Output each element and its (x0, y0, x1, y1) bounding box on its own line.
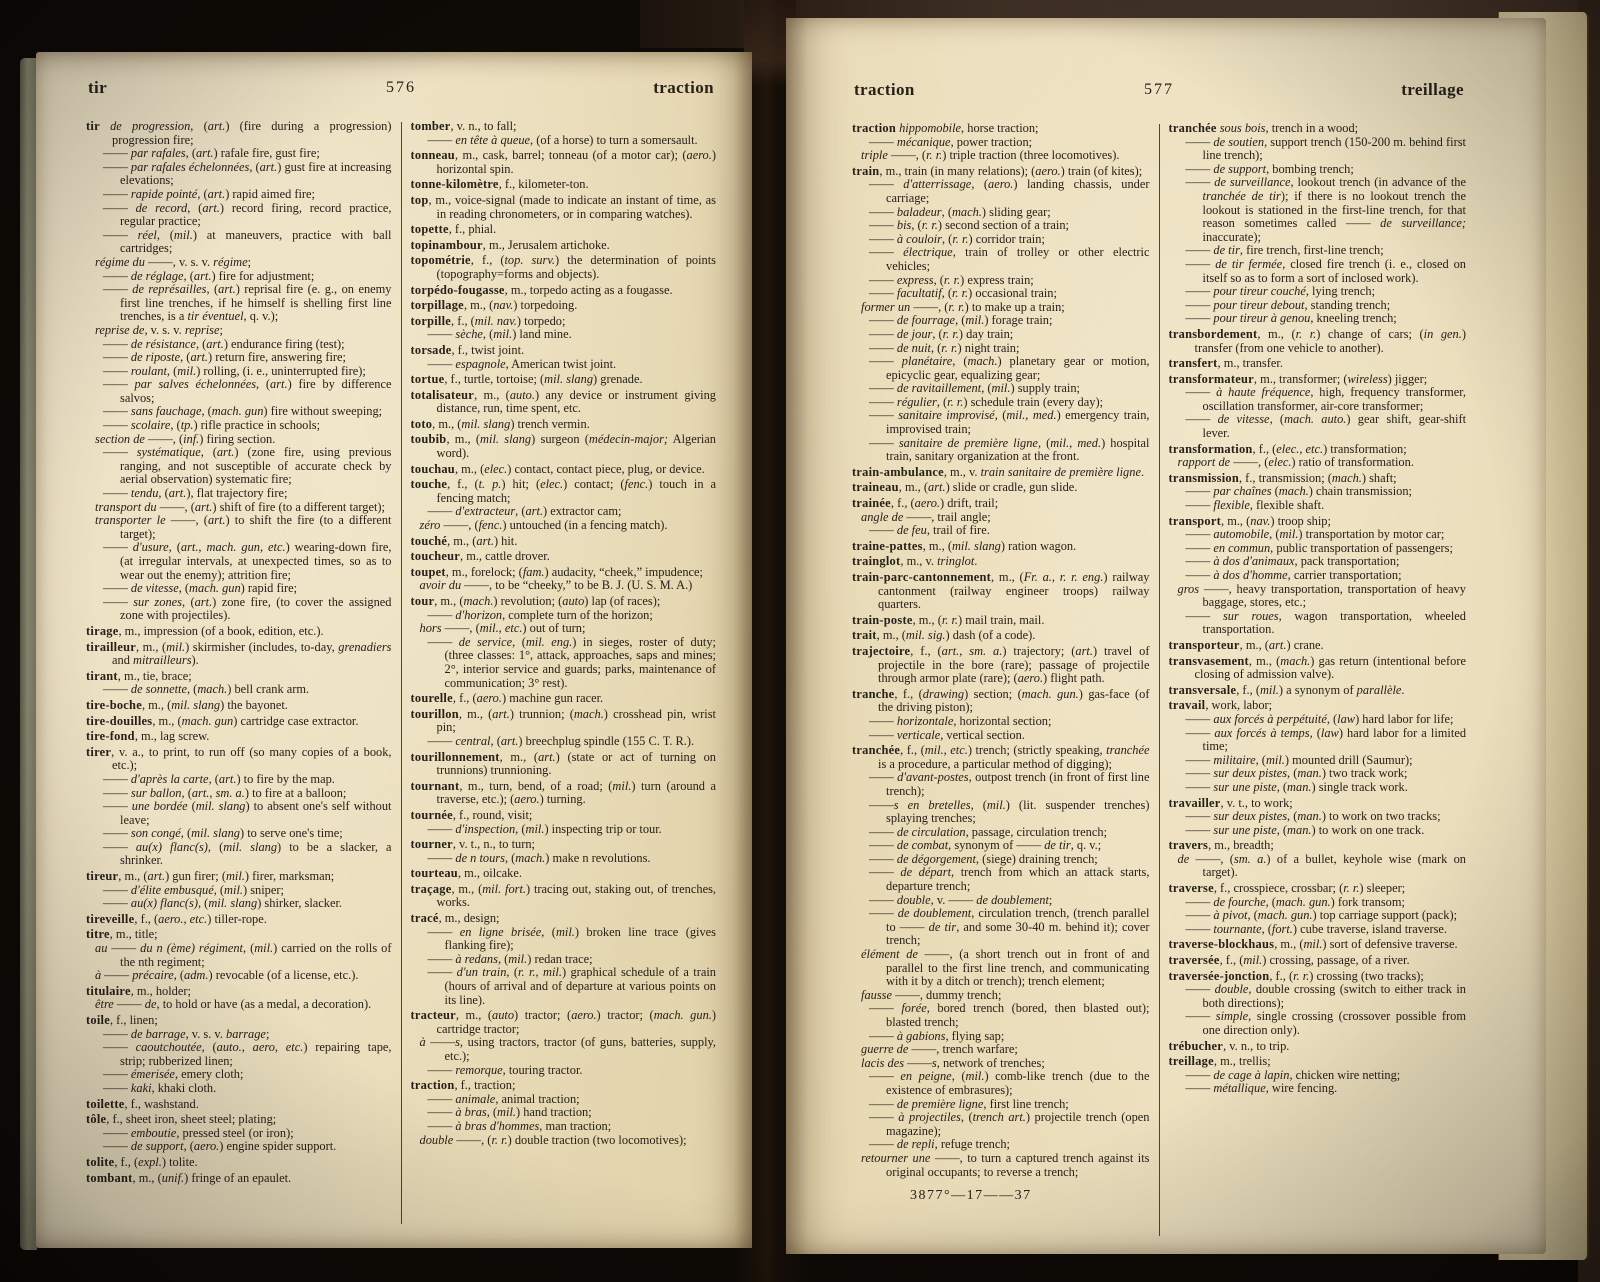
text-column: tranchée sous bois, trench in a wood;—— … (1169, 122, 1467, 1242)
dictionary-entry: torpille, f., (mil. nav.) torpedo; (411, 315, 717, 329)
dictionary-entry: —— à bras, (mil.) hand traction; (411, 1106, 717, 1120)
french-term: aero. (1018, 671, 1043, 685)
dictionary-entry: —— de sonnette, (mach.) bell crank arm. (86, 683, 392, 697)
dictionary-entry: —— horizontale, horizontal section; (852, 715, 1150, 729)
french-term: mach. gun. (1258, 908, 1313, 922)
french-term: tringlot (937, 554, 974, 568)
headword: toto (411, 417, 433, 431)
french-term: mil. (1279, 527, 1298, 541)
dictionary-entry: double ——, (r. r.) double traction (two … (411, 1134, 717, 1148)
french-term: mil. eng. (526, 635, 572, 649)
french-term: mil. (174, 228, 193, 242)
dictionary-entry: avoir du ——, to be “cheeky,” to be B. J.… (411, 579, 717, 593)
french-term: réel (138, 228, 157, 242)
french-term: mil. (1260, 683, 1279, 697)
dictionary-entry: —— de barrage, v. s. v. barrage; (86, 1028, 392, 1042)
french-term: de départ (900, 865, 951, 879)
headword: tour (411, 594, 435, 608)
dictionary-entry: transport, m., (nav.) troop ship; (1169, 515, 1467, 529)
french-term: militaire (1213, 753, 1255, 767)
dictionary-entry: —— d'horizon, complete turn of the horiz… (411, 609, 717, 623)
french-term: régulier (897, 395, 937, 409)
headword: top (411, 193, 429, 207)
headword: travailler (1169, 796, 1221, 810)
french-term: à bras d'hommes (455, 1119, 539, 1133)
dictionary-entry: traction, f., traction; (411, 1079, 717, 1093)
french-term: mil. nav. (475, 314, 517, 328)
french-term: de record (136, 201, 188, 215)
french-term: aero. (687, 148, 712, 162)
dictionary-entry: tirage, m., impression (of a book, editi… (86, 625, 392, 639)
dictionary-entry: —— rapide pointé, (art.) rapid aimed fir… (86, 188, 392, 202)
dictionary-entry: —— de réglage, (art.) fire for adjustmen… (86, 270, 392, 284)
french-term: r. r. (491, 1133, 507, 1147)
french-term: caoutchoutée (136, 1040, 202, 1054)
dictionary-entry: toilette, f., washstand. (86, 1098, 392, 1112)
french-term: de barrage (131, 1027, 186, 1041)
french-term: mil. (992, 381, 1011, 395)
french-term: de doublement (976, 893, 1049, 907)
dictionary-entry: —— à dos d'animaux, pack transportation; (1169, 555, 1467, 569)
french-term: à pivot (1213, 908, 1247, 922)
french-term: mach. gun (189, 581, 241, 595)
dictionary-entry: —— à gabions, flying sap; (852, 1030, 1150, 1044)
french-term: aero. (194, 1139, 219, 1153)
headword: tirailleur (86, 640, 136, 654)
dictionary-entry: rapport de ——, (elec.) ratio of transfor… (1169, 456, 1467, 470)
french-term: man. (1287, 780, 1311, 794)
french-term: double (1215, 982, 1249, 996)
french-term: scolaire (131, 418, 170, 432)
french-term: remorque (455, 1063, 502, 1077)
french-term: à (95, 968, 101, 982)
dictionary-entry: —— de représailles, (art.) reprisal fire… (86, 283, 392, 324)
dictionary-entry: —— sans fauchage, (mach. gun) fire witho… (86, 405, 392, 419)
french-term: mécanique (897, 135, 951, 149)
headword: trajectoire (852, 644, 910, 658)
headword: tirer (86, 745, 111, 759)
headword: tonne-kilomètre (411, 177, 499, 191)
headword: tire-douilles (86, 714, 152, 728)
dictionary-entry: —— aux forcés à temps, (law) hard labor … (1169, 727, 1467, 754)
dictionary-entry: retourner une ——, to turn a captured tre… (852, 1152, 1150, 1179)
french-term: de dégorgement (897, 852, 976, 866)
french-term: mil. (226, 869, 245, 883)
french-term: r. r. (948, 300, 964, 314)
french-term: mil., etc. (925, 743, 968, 757)
headword: torpille (411, 314, 452, 328)
headword: tirant (86, 669, 118, 683)
french-term: mil. (1243, 953, 1262, 967)
headword: torpillage (411, 298, 464, 312)
french-term: r. r. (1296, 327, 1317, 341)
dictionary-entry: torpédo-fougasse, m., torpedo acting as … (411, 284, 717, 298)
french-term: d'élite embusqué (131, 883, 214, 897)
french-term: émerisée (131, 1067, 175, 1081)
french-term: de résistance (131, 337, 196, 351)
french-term: art. (217, 445, 235, 459)
headword: tourelle (411, 691, 453, 705)
dictionary-entry: titulaire, m., holder; (86, 985, 392, 999)
dictionary-entry: —— sur ballon, (art., sm. a.) to fire at… (86, 787, 392, 801)
french-term: tir éventuel (187, 309, 243, 323)
headword: tourillonnement (411, 750, 500, 764)
french-term: mil. (497, 1105, 516, 1119)
dictionary-entry: fausse ——, dummy trench; (852, 989, 1150, 1003)
french-term: central (455, 734, 490, 748)
dictionary-entry: —— facultatif, (r. r.) occasional train; (852, 287, 1150, 301)
french-term: de (1178, 852, 1190, 866)
french-term: animale (455, 1092, 495, 1106)
french-term: art. (270, 377, 288, 391)
french-term: mil. fort. (482, 882, 526, 896)
french-term: mil. slang (208, 896, 257, 910)
french-term: art. (148, 869, 166, 883)
french-term: d'après la carte (131, 772, 209, 786)
dictionary-entry: —— au(x) flanc(s), (mil. slang) shirker,… (86, 897, 392, 911)
french-term: de réglage (131, 269, 184, 283)
entry-list: tomber, v. n., to fall;—— en tête à queu… (411, 120, 717, 1147)
french-term: gros (1178, 582, 1200, 596)
dictionary-entry: transporter le ——, (art.) to shift the f… (86, 514, 392, 541)
headword: traction (411, 1078, 455, 1092)
french-term: rapport de (1178, 455, 1231, 469)
french-term: auto. (510, 388, 535, 402)
headword: tourteau (411, 866, 458, 880)
french-term: art. (190, 350, 208, 364)
dictionary-entry: —— simple, single crossing (crossover po… (1169, 1010, 1467, 1037)
french-term: sur deux pistes (1213, 809, 1287, 823)
french-term: de feu (897, 523, 927, 537)
french-term: art. (218, 282, 236, 296)
dictionary-entry: traversée, f., (mil.) crossing, passage,… (1169, 954, 1467, 968)
french-term: sans fauchage (131, 404, 202, 418)
headword: tournant (411, 779, 460, 793)
dictionary-entry: tournée, f., round, visit; (411, 809, 717, 823)
french-term: sm. a. (1234, 852, 1267, 866)
french-term: d'horizon (455, 608, 502, 622)
dictionary-entry: —— à couloir, (r. r.) corridor train; (852, 233, 1150, 247)
dictionary-entry: guerre de ——, trench warfare; (852, 1043, 1150, 1057)
french-term: mil. (508, 952, 527, 966)
french-term: de vitesse (1218, 412, 1270, 426)
french-term: mach. (952, 205, 982, 219)
french-term: mil., med. (1006, 408, 1056, 422)
french-term: unif. (162, 1171, 184, 1185)
french-term: r. r. (952, 232, 968, 246)
french-term: section de (95, 432, 145, 446)
headword: tireur (86, 869, 118, 883)
left-page-running-head: tir 576 traction (86, 78, 716, 108)
french-term: de première ligne (897, 1097, 983, 1111)
dictionary-entry: —— planétaire, (mach.) planetary gear or… (852, 355, 1150, 382)
dictionary-entry: topette, f., phial. (411, 223, 717, 237)
french-term: law (1337, 712, 1355, 726)
french-term: r. r. (1343, 881, 1359, 895)
dictionary-entry: —— métallique, wire fencing. (1169, 1082, 1467, 1096)
dictionary-entry: tracé, m., design; (411, 912, 717, 926)
dictionary-entry: transvasement, m., (mach.) gas return (i… (1169, 655, 1467, 682)
dictionary-entry: —— d'atterrissage, (aero.) landing chass… (852, 178, 1150, 205)
french-term: fenc. (479, 518, 503, 532)
french-term: pour tireur debout (1213, 298, 1304, 312)
dictionary-entry: torpillage, m., (nav.) torpedoing. (411, 299, 717, 313)
dictionary-entry: transfert, m., transfer. (1169, 357, 1467, 371)
dictionary-entry: —— espagnole, American twist joint. (411, 358, 717, 372)
french-term: law (1321, 726, 1339, 740)
page-number: 577 (852, 80, 1466, 99)
dictionary-entry: topométrie, f., (top. surv.) the determi… (411, 254, 717, 281)
text-column: traction hippomobile, horse traction;—— … (852, 122, 1150, 1242)
french-term: kaki (131, 1081, 152, 1095)
french-term: express (897, 273, 934, 287)
headword: transmission (1169, 471, 1239, 485)
dictionary-entry: —— de surveillance, lookout trench (in a… (1169, 176, 1467, 244)
french-term: sur une piste (1213, 823, 1276, 837)
dictionary-entry: traverse, f., crosspiece, crossbar; (r. … (1169, 882, 1467, 896)
dictionary-entry: —— sanitaire improvisé, (mil., med.) eme… (852, 409, 1150, 436)
french-term: au (95, 941, 107, 955)
french-term: aero., etc. (158, 912, 207, 926)
french-term: à bras (455, 1105, 486, 1119)
french-term: nav. (1250, 514, 1270, 528)
french-term: rapide pointé (131, 187, 197, 201)
french-term: fausse (861, 988, 892, 1002)
french-term: régime (213, 255, 247, 269)
french-term: mil. (612, 779, 631, 793)
headword: trainglot (852, 554, 900, 568)
page-number: 576 (86, 78, 716, 97)
french-term: être (95, 997, 114, 1011)
french-term: wireless (1347, 372, 1387, 386)
french-term: mitrailleurs (133, 653, 192, 667)
headword: tôle (86, 1112, 106, 1126)
french-term: hors (420, 621, 442, 635)
dictionary-entry: traçage, m., (mil. fort.) tracing out, s… (411, 883, 717, 910)
french-term: par rafales échelonnées (131, 160, 249, 174)
entry-list: traction hippomobile, horse traction;—— … (852, 122, 1150, 1179)
french-term: sanitaire improvisé (898, 408, 994, 422)
dictionary-entry: train-poste, m., (r. r.) mail train, mai… (852, 614, 1150, 628)
french-term: elec. (484, 462, 507, 476)
french-term: régime du (95, 255, 145, 269)
french-term: son congé (131, 826, 181, 840)
french-term: de nuit (897, 341, 931, 355)
french-term: roulant (131, 364, 167, 378)
french-term: mil. slang (223, 840, 277, 854)
french-term: art. (492, 707, 510, 721)
dictionary-entry: —— d'extracteur, (art.) extractor cam; (411, 505, 717, 519)
dictionary-entry: —— forée, bored trench (bored, then blas… (852, 1002, 1150, 1029)
french-term: de sonnette (131, 682, 187, 696)
french-term: r. r. (926, 148, 942, 162)
headword: treillage (1169, 1054, 1214, 1068)
french-term: mil. (166, 640, 185, 654)
headword: touche (411, 477, 448, 491)
french-term: de soutien (1213, 135, 1264, 149)
headword: tourillon (411, 707, 459, 721)
left-page: tir 576 traction tir de progression, (ar… (36, 52, 752, 1248)
dictionary-entry: —— scolaire, (tp.) rifle practice in sch… (86, 419, 392, 433)
french-term: aero. (571, 1008, 596, 1022)
dictionary-entry: treillage, m., trellis; (1169, 1055, 1467, 1069)
headword: traine-pattes (852, 539, 923, 553)
dictionary-entry: —— tournante, (fort.) cube traverse, isl… (1169, 923, 1467, 937)
dictionary-entry: à —— précaire, (adm.) revocable (of a li… (86, 969, 392, 983)
french-term: mil. (526, 822, 545, 836)
french-term: aero. (915, 496, 940, 510)
dictionary-entry: —— d'un train, (r. r., mil.) graphical s… (411, 966, 717, 1007)
french-term: à couloir (897, 232, 942, 246)
dictionary-entry: —— en commun, public transportation of p… (1169, 542, 1467, 556)
headword: toupet (411, 565, 446, 579)
french-term: de surveillance (1214, 175, 1290, 189)
french-term: elec., etc. (1276, 442, 1323, 456)
french-term: par chaînes (1213, 484, 1271, 498)
dictionary-entry: —— de service, (mil. eng.) in sieges, ro… (411, 636, 717, 690)
french-term: grenadiers (338, 640, 391, 654)
headword: train-poste (852, 613, 913, 627)
dictionary-entry: touchau, m., (elec.) contact, contact pi… (411, 463, 717, 477)
french-term: art., sm. a. (192, 786, 245, 800)
headword: tombant (86, 1171, 133, 1185)
french-term: art. (196, 146, 214, 160)
french-term: s (455, 1035, 460, 1049)
headword: tournée (411, 808, 453, 822)
dictionary-entry: tire-boche, m., (mil. slang) the bayonet… (86, 699, 392, 713)
dictionary-entry: transport du ——, (art.) shift of fire (t… (86, 501, 392, 515)
french-term: au(x) flanc(s) (136, 840, 208, 854)
dictionary-entry: —— bis, (r. r.) second section of a trai… (852, 219, 1150, 233)
french-term: lacis des (861, 1056, 904, 1070)
headword: train-parc-cantonnement (852, 570, 991, 584)
headword: transversale (1169, 683, 1237, 697)
dictionary-entry: —— double, double crossing (switch to ei… (1169, 983, 1467, 1010)
headword: traçage (411, 882, 452, 896)
dictionary-entry: traction hippomobile, horse traction; (852, 122, 1150, 136)
french-term: mil. slang (544, 372, 593, 386)
dictionary-entry: titre, m., title; (86, 928, 392, 942)
french-term: mil. (965, 313, 984, 327)
french-term: man. (1287, 823, 1311, 837)
french-term: élément de (861, 947, 918, 961)
dictionary-entry: —— de vitesse, (mach. auto.) gear shift,… (1169, 413, 1467, 440)
dictionary-entry: tranche, f., (drawing) section; (mach. g… (852, 688, 1150, 715)
french-term: mil. slang (952, 539, 1001, 553)
french-term: mach. gun. (1276, 895, 1331, 909)
french-term: emboutie (131, 1126, 176, 1140)
headword: tranche (852, 687, 894, 701)
french-term: s en bretelles (894, 798, 971, 812)
dictionary-entry: —— d'avant-postes, outpost trench (in fr… (852, 771, 1150, 798)
french-term: en tête à queue (455, 133, 530, 147)
dictionary-entry: tour, m., (mach.) revolution; (auto) lap… (411, 595, 717, 609)
french-term: hippomobile (899, 122, 961, 135)
running-head-word-right: traction (653, 78, 714, 98)
dictionary-entry: —— de première ligne, first line trench; (852, 1098, 1150, 1112)
french-term: de progression (110, 120, 190, 133)
headword: trainée (852, 496, 891, 510)
french-term: de représailles (132, 282, 206, 296)
french-term: mach. (515, 851, 545, 865)
dictionary-entry: —— d'élite embusqué, (mil.) sniper; (86, 884, 392, 898)
text-column: tir de progression, (art.) (fire during … (86, 120, 392, 1230)
headword: tranchée (1169, 122, 1217, 135)
french-term: de (145, 997, 157, 1011)
dictionary-entry: touche, f., (t. p.) hit; (elec.) contact… (411, 478, 717, 505)
french-term: parallèle (1357, 683, 1402, 697)
headword: tonneau (411, 148, 455, 162)
dictionary-entry: tombant, m., (unif.) fringe of an epaule… (86, 1172, 392, 1186)
dictionary-entry: —— de jour, (r. r.) day train; (852, 328, 1150, 342)
dictionary-entry: —— sur deux pistes, (man.) to work on tw… (1169, 810, 1467, 824)
headword: transformation (1169, 442, 1253, 456)
french-term: de doublement (898, 906, 971, 920)
french-term: aux forcés à perpétuité (1213, 712, 1326, 726)
headword: tirage (86, 624, 118, 638)
dictionary-entry: former un ——, (r. r.) to make up a train… (852, 301, 1150, 315)
french-term: de fourrage (897, 313, 955, 327)
dictionary-entry: —— de circulation, passage, circulation … (852, 826, 1150, 840)
french-term: art. (194, 269, 212, 283)
french-term: auto., aero, etc. (217, 1040, 304, 1054)
dictionary-entry: tire-douilles, m., (mach. gun) cartridge… (86, 715, 392, 729)
french-term: à gabions (897, 1029, 946, 1043)
dictionary-entry: —— verticale, vertical section. (852, 729, 1150, 743)
headword: tir (86, 120, 100, 133)
dictionary-entry: transversale, f., (mil.) a synonym of pa… (1169, 684, 1467, 698)
french-term: reprise (185, 323, 220, 337)
french-term: art. (219, 772, 237, 786)
dictionary-entry: à ——s, using tractors, tractor (of guns,… (411, 1036, 717, 1063)
dictionary-entry: —— électrique, train of trolley or other… (852, 246, 1150, 273)
french-term: art., mach. gun, etc. (181, 540, 286, 554)
french-term: top. surv. (504, 253, 555, 267)
dictionary-entry: traversée-jonction, f., (r. r.) crossing… (1169, 970, 1467, 984)
column-rule (1159, 124, 1160, 1236)
french-term: r. r., mil. (518, 965, 562, 979)
dictionary-entry: —— de feu, trail of fire. (852, 524, 1150, 538)
french-term: d'inspection (455, 822, 515, 836)
headword: transporteur (1169, 638, 1240, 652)
french-term: médecin-major; (589, 432, 668, 446)
headword: transbordement (1169, 327, 1258, 341)
dictionary-entry: —— d'inspection, (mil.) inspecting trip … (411, 823, 717, 837)
french-term: de combat (897, 838, 948, 852)
dictionary-entry: —— aux forcés à perpétuité, (law) hard l… (1169, 713, 1467, 727)
french-term: art. (195, 500, 213, 514)
left-page-columns: tir de progression, (art.) (fire during … (86, 120, 716, 1230)
headword: trait (852, 628, 877, 642)
dictionary-entry: toupet, m., forelock; (fam.) audacity, “… (411, 566, 717, 580)
french-term: in gen. (1424, 327, 1462, 341)
french-term: sèche (455, 327, 483, 341)
dictionary-entry: —— emboutie, pressed steel (or iron); (86, 1127, 392, 1141)
french-term: pour tireur à genou (1213, 311, 1310, 325)
french-term: tendu (131, 486, 159, 500)
french-term: de support (131, 1139, 184, 1153)
dictionary-entry: tracteur, m., (auto) tractor; (aero.) tr… (411, 1009, 717, 1036)
french-term: de support (1213, 162, 1266, 176)
dictionary-entry: tourillon, m., (art.) trunnion; (mach.) … (411, 708, 717, 735)
headword: tracteur (411, 1008, 456, 1022)
dictionary-entry: —— sèche, (mil.) land mine. (411, 328, 717, 342)
dictionary-entry: —— caoutchoutée, (auto., aero, etc.) rep… (86, 1041, 392, 1068)
french-term: de fourche (1213, 895, 1265, 909)
french-term: mil., etc. (480, 621, 523, 635)
dictionary-entry: —— baladeur, (mach.) sliding gear; (852, 206, 1150, 220)
running-head-word-right: treillage (1401, 80, 1464, 100)
